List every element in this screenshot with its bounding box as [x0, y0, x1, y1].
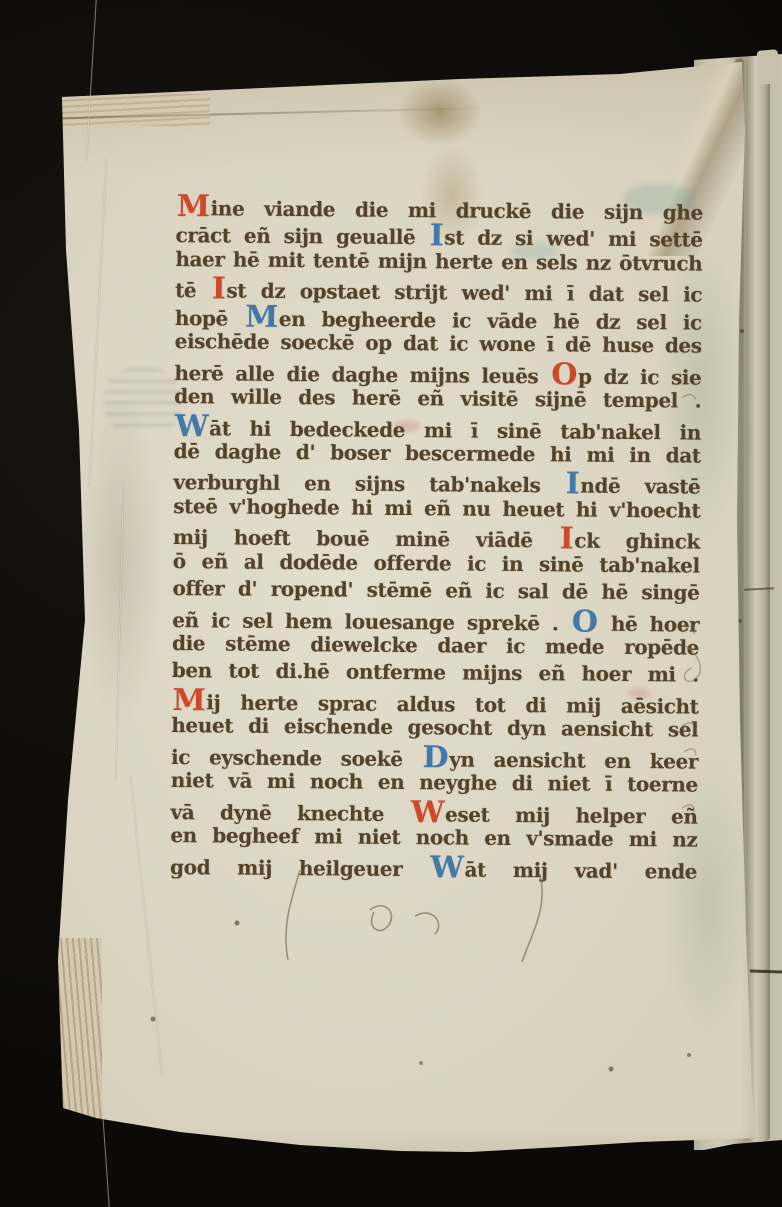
leaf-edges-top-left [60, 94, 210, 126]
text-run: p dz ic sie [578, 364, 702, 389]
text-run: den wille des herē eñ visitē sijnē tempe… [174, 384, 701, 413]
text-run: hē hoer [598, 611, 699, 636]
text-run: ck ghinck [574, 529, 700, 554]
leaf-edges-bottom-left [58, 938, 102, 1124]
text-run: en begheef mi niet noch en v'smade mi nz [170, 823, 697, 852]
text-run: offer d' ropend' stēmē eñ ic sal dē hē s… [172, 576, 699, 605]
text-run: haer hē mit tentē mijn herte en sels nz … [175, 247, 702, 276]
text-run: āt mij vad' ende [464, 857, 697, 883]
manuscript-page: Mine viande die mi druckē die sijn ghecr… [0, 0, 782, 1207]
text-run: ō eñ al dodēde offerde ic in sinē tab'na… [173, 549, 700, 578]
text-run: ndē vastē [580, 474, 700, 499]
illuminated-initial: W [429, 850, 465, 885]
text-block: Mine viande die mi druckē die sijn ghecr… [170, 191, 703, 882]
text-run: niet vā mi noch en neyghe di niet ī toer… [171, 768, 698, 797]
show-through-ghost-text [104, 368, 182, 434]
facing-page-roll-edge [746, 56, 770, 1142]
text-run: tē [175, 278, 211, 302]
parchment-specks [0, 0, 2, 2]
facing-page-corner [757, 49, 781, 85]
text-run: eischēde soeckē op dat ic wone ī dē huse… [175, 329, 702, 358]
text-run: steē v'hoghede hi mi eñ nu heuet hi v'ho… [173, 494, 700, 523]
text-run: heuet di eischende gesocht dyn aensicht … [171, 713, 698, 742]
text-run: ben tot di.hē ontferme mijns eñ hoer mi … [172, 658, 699, 687]
text-run: hopē [175, 306, 244, 331]
text-run: dē daghe d' boser bescermede hi mi in da… [174, 439, 701, 468]
text-run: god mij heilgeuer [170, 854, 429, 880]
text-line: god mij heilgeuer Wāt mij vad' ende [170, 849, 697, 881]
manuscript-photo: Mine viande die mi druckē die sijn ghecr… [0, 0, 782, 1207]
gutter-specks [738, 54, 740, 56]
text-run: die stēme diewelcke daer ic mede ropēde [172, 631, 699, 660]
green-speck [528, 62, 537, 68]
